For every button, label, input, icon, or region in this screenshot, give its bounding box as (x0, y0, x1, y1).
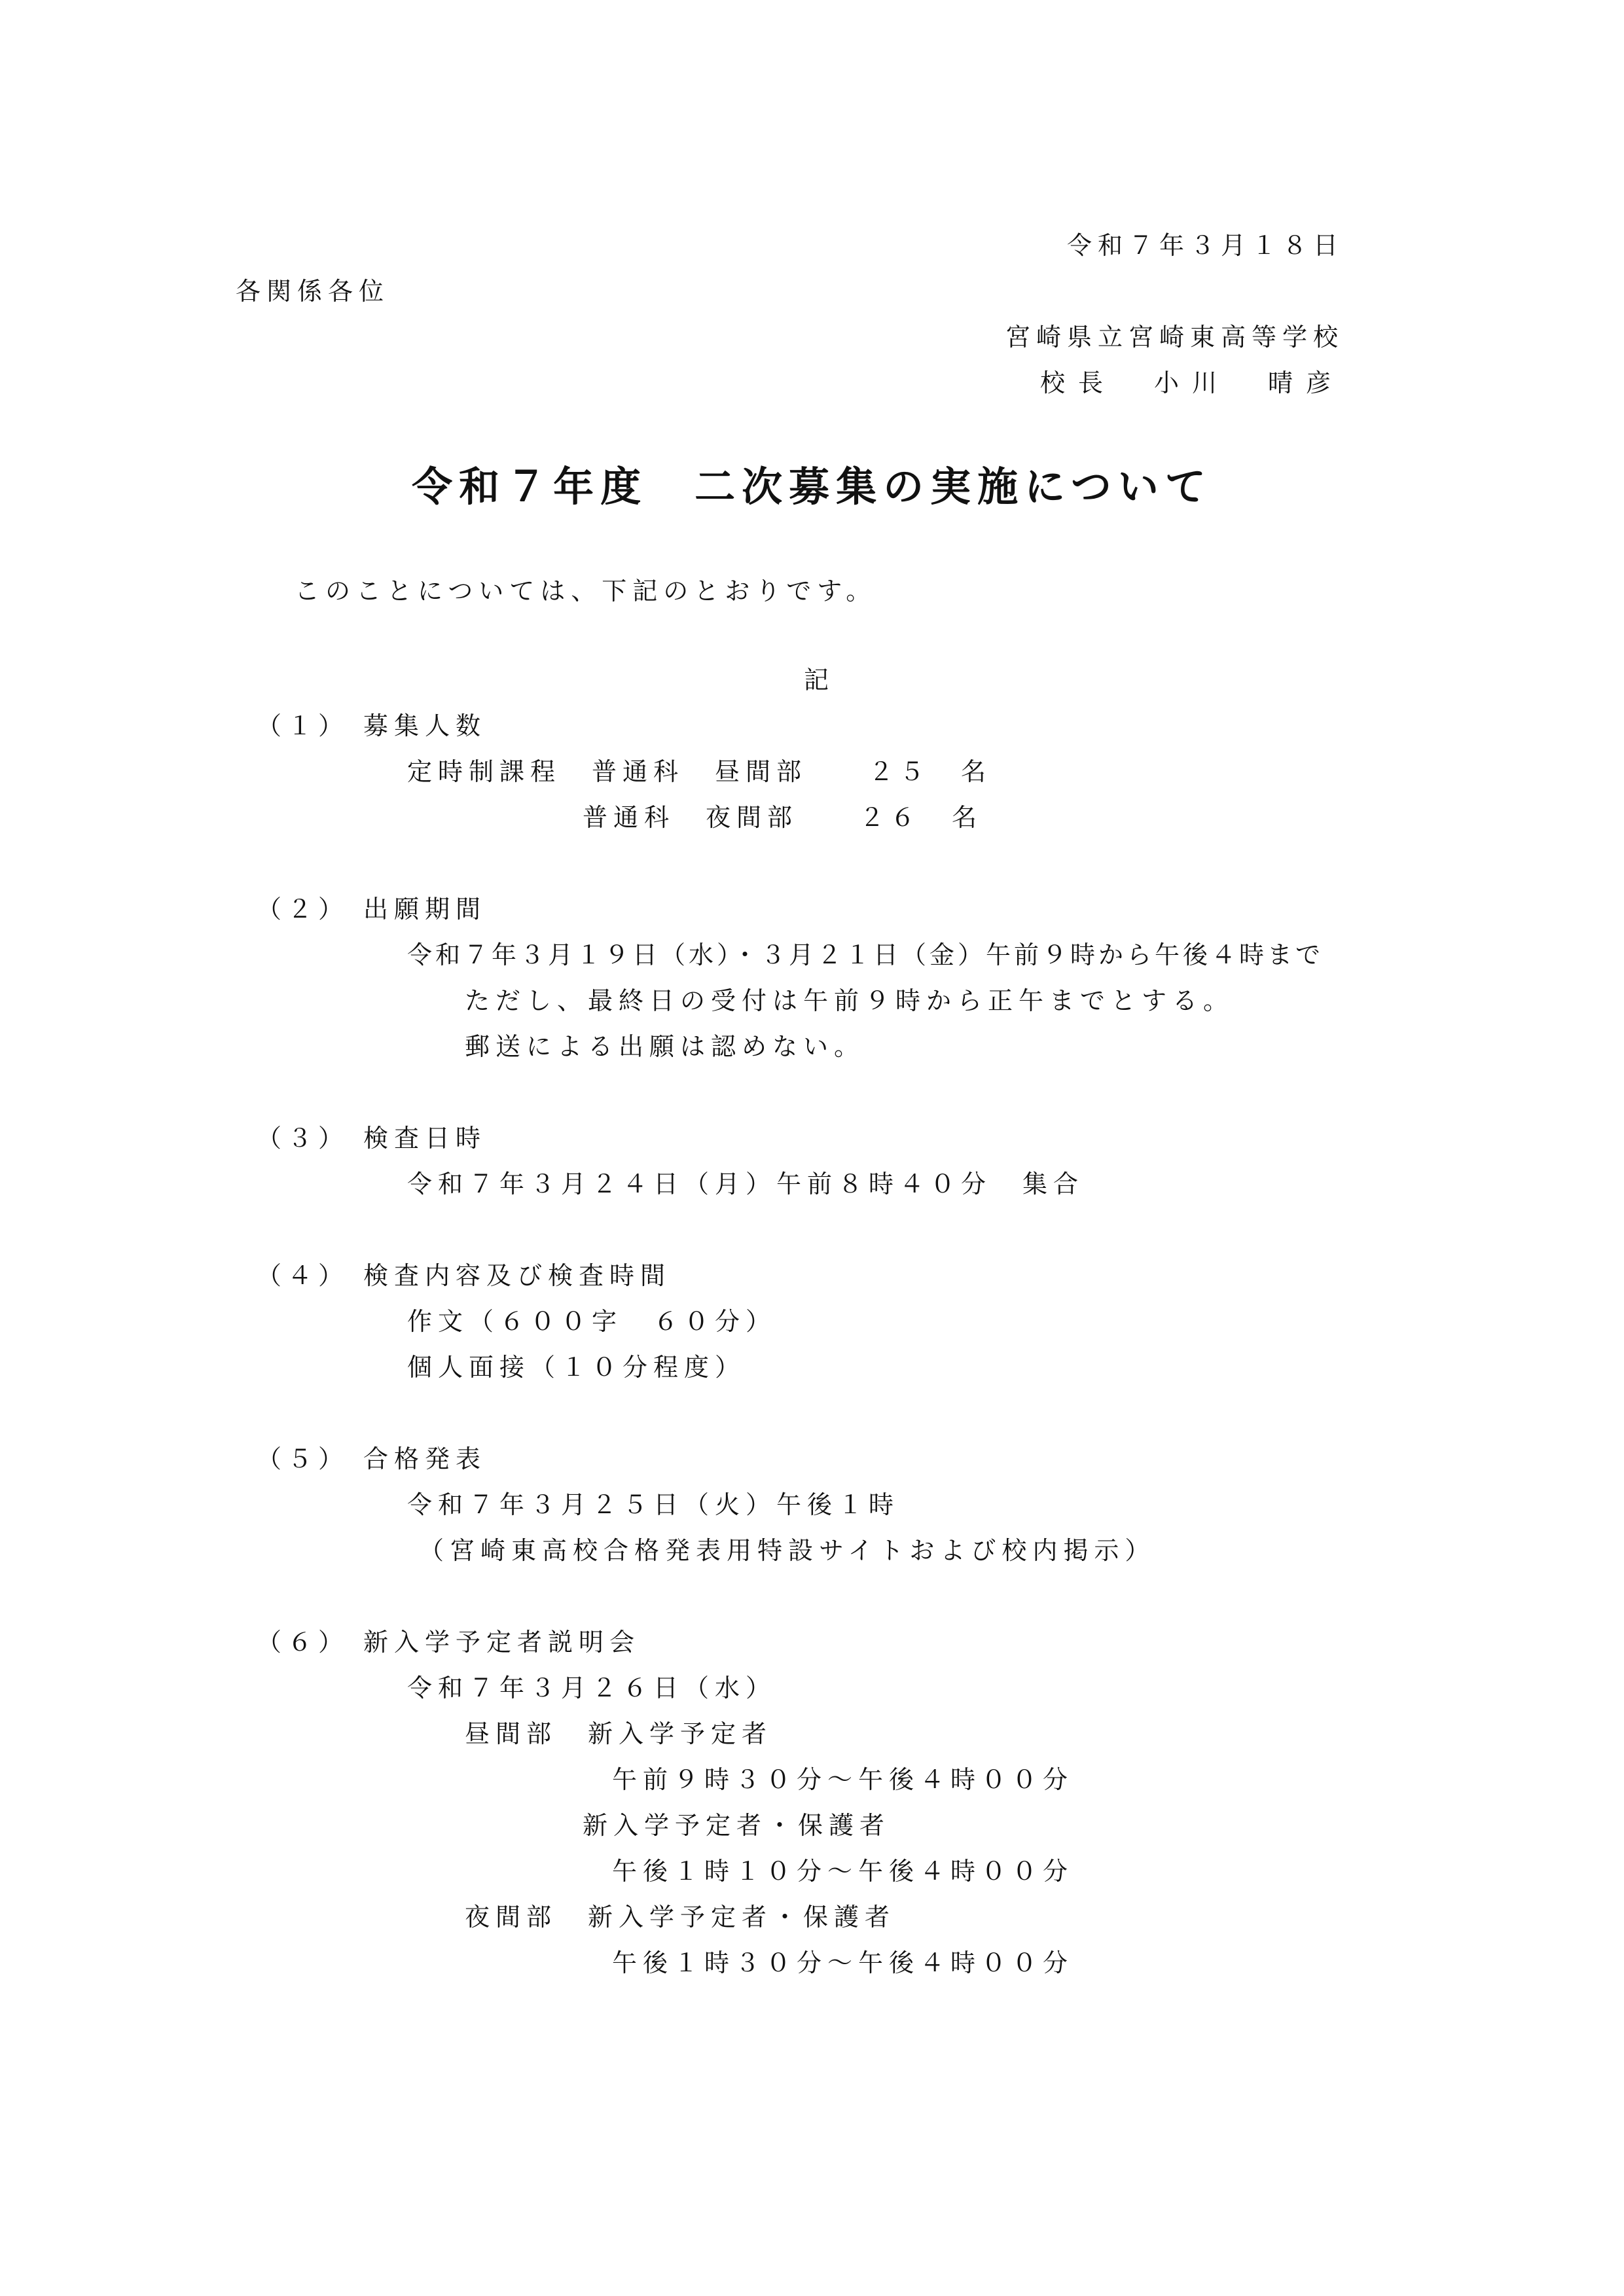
section-line: 令和７年３月２６日（水） (407, 1673, 776, 1703)
section-line: 郵送による出願は認めない。 (465, 1031, 865, 1062)
section-line: 作文（６００字 ６０分） (407, 1306, 776, 1336)
section-heading: 新入学予定者説明会 (363, 1627, 640, 1657)
section-heading: 合格発表 (363, 1444, 486, 1474)
section-number: （２） (257, 894, 349, 924)
section-number: （１） (257, 711, 349, 741)
section-line: 定時制課程 普通科 昼間部 ２５ 名 (407, 757, 992, 787)
section-line: 令和７年３月２５日（火）午後１時 (407, 1490, 899, 1520)
section-line: 令和７年３月１９日（水）・３月２１日（金）午前９時から午後４時まで (407, 940, 1324, 970)
intro-text: このことについては、下記のとおりです。 (295, 576, 876, 606)
section-number: （３） (257, 1123, 349, 1153)
addressee: 各関係各位 (236, 276, 389, 306)
section-line: 昼間部 新入学予定者 (465, 1719, 772, 1749)
section-line: 午後１時１０分～午後４時００分 (612, 1856, 1074, 1886)
section-number: （６） (257, 1627, 349, 1657)
section-line: 普通科 夜間部 ２６ 名 (583, 802, 983, 833)
section-heading: 検査日時 (363, 1123, 486, 1153)
section-heading: 検査内容及び検査時間 (363, 1261, 671, 1291)
section-line: 個人面接（１０分程度） (407, 1352, 746, 1382)
section-line: 夜間部 新入学予定者・保護者 (465, 1902, 895, 1932)
document-date: 令和７年３月１８日 (1067, 230, 1344, 260)
section-number: （５） (257, 1444, 349, 1474)
ki-label: 記 (804, 665, 835, 695)
sender-organization: 宮崎県立宮崎東高等学校 (1005, 322, 1344, 352)
section-heading: 出願期間 (363, 894, 486, 924)
section-number: （４） (257, 1261, 349, 1291)
section-heading: 募集人数 (363, 711, 486, 741)
section-line: 午後１時３０分～午後４時００分 (612, 1948, 1074, 1978)
section-line: ただし、最終日の受付は午前９時から正午までとする。 (465, 986, 1234, 1016)
section-line: 午前９時３０分～午後４時００分 (612, 1765, 1074, 1795)
document-title: 令和７年度 二次募集の実施について (0, 462, 1624, 512)
section-line: （宮崎東高校合格発表用特設サイトおよび校内掲示） (419, 1535, 1155, 1566)
section-line: 令和７年３月２４日（月）午前８時４０分 集合 (407, 1169, 1084, 1199)
section-line: 新入学予定者・保護者 (583, 1810, 890, 1840)
sender-name: 校長 小川 晴彦 (1040, 368, 1344, 398)
